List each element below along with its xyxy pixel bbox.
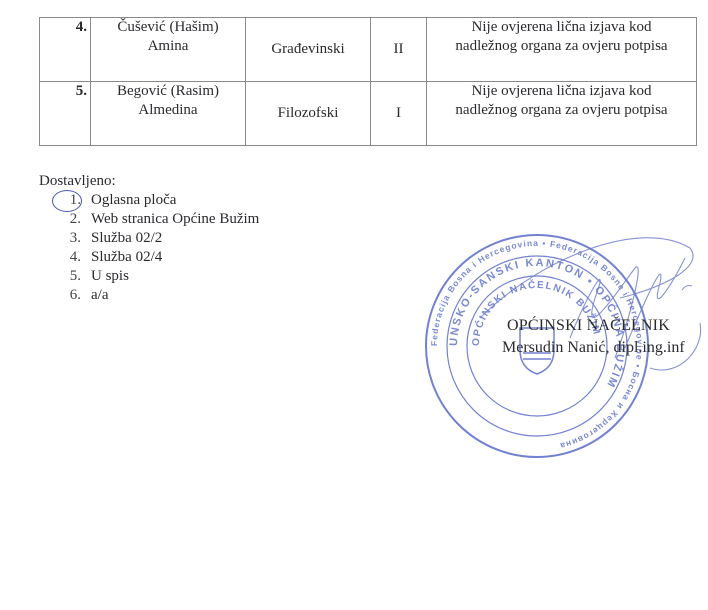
list-item: 2.Web stranica Općine Bužim [59, 210, 259, 229]
faculty: Građevinski [246, 18, 371, 82]
signatory-name: Mersudin Nanić, dipl.ing.inf [502, 338, 685, 358]
delivered-list: 1.Oglasna ploča 2.Web stranica Općine Bu… [59, 191, 259, 305]
row-number: 4. [40, 18, 91, 82]
student-name: Begović (Rasim)Almedina [91, 82, 246, 146]
list-item: 1.Oglasna ploča [59, 191, 259, 210]
study-year: II [371, 18, 427, 82]
handwritten-circle-mark [52, 190, 82, 212]
delivered-heading: Dostavljeno: [39, 172, 116, 191]
table-row: 5. Begović (Rasim)Almedina Filozofski I … [40, 82, 697, 146]
study-year: I [371, 82, 427, 146]
student-name: Čušević (Hašim)Amina [91, 18, 246, 82]
list-item: 3.Služba 02/2 [59, 229, 259, 248]
list-item: 5.U spis [59, 267, 259, 286]
row-number: 5. [40, 82, 91, 146]
svg-text:OPĆINSKI NAČELNIK BUŽIM: OPĆINSKI NAČELNIK BUŽIM [471, 278, 602, 346]
faculty: Filozofski [246, 82, 371, 146]
students-table: 4. Čušević (Hašim)Amina Građevinski II N… [39, 17, 697, 146]
table-row: 4. Čušević (Hašim)Amina Građevinski II N… [40, 18, 697, 82]
rejection-reason: Nije ovjerena lična izjava kodnadležnog … [427, 82, 697, 146]
list-item: 6.a/a [59, 286, 259, 305]
signatory-title: OPĆINSKI NAČELNIK [507, 316, 670, 336]
rejection-reason: Nije ovjerena lična izjava kodnadležnog … [427, 18, 697, 82]
list-item: 4.Služba 02/4 [59, 248, 259, 267]
